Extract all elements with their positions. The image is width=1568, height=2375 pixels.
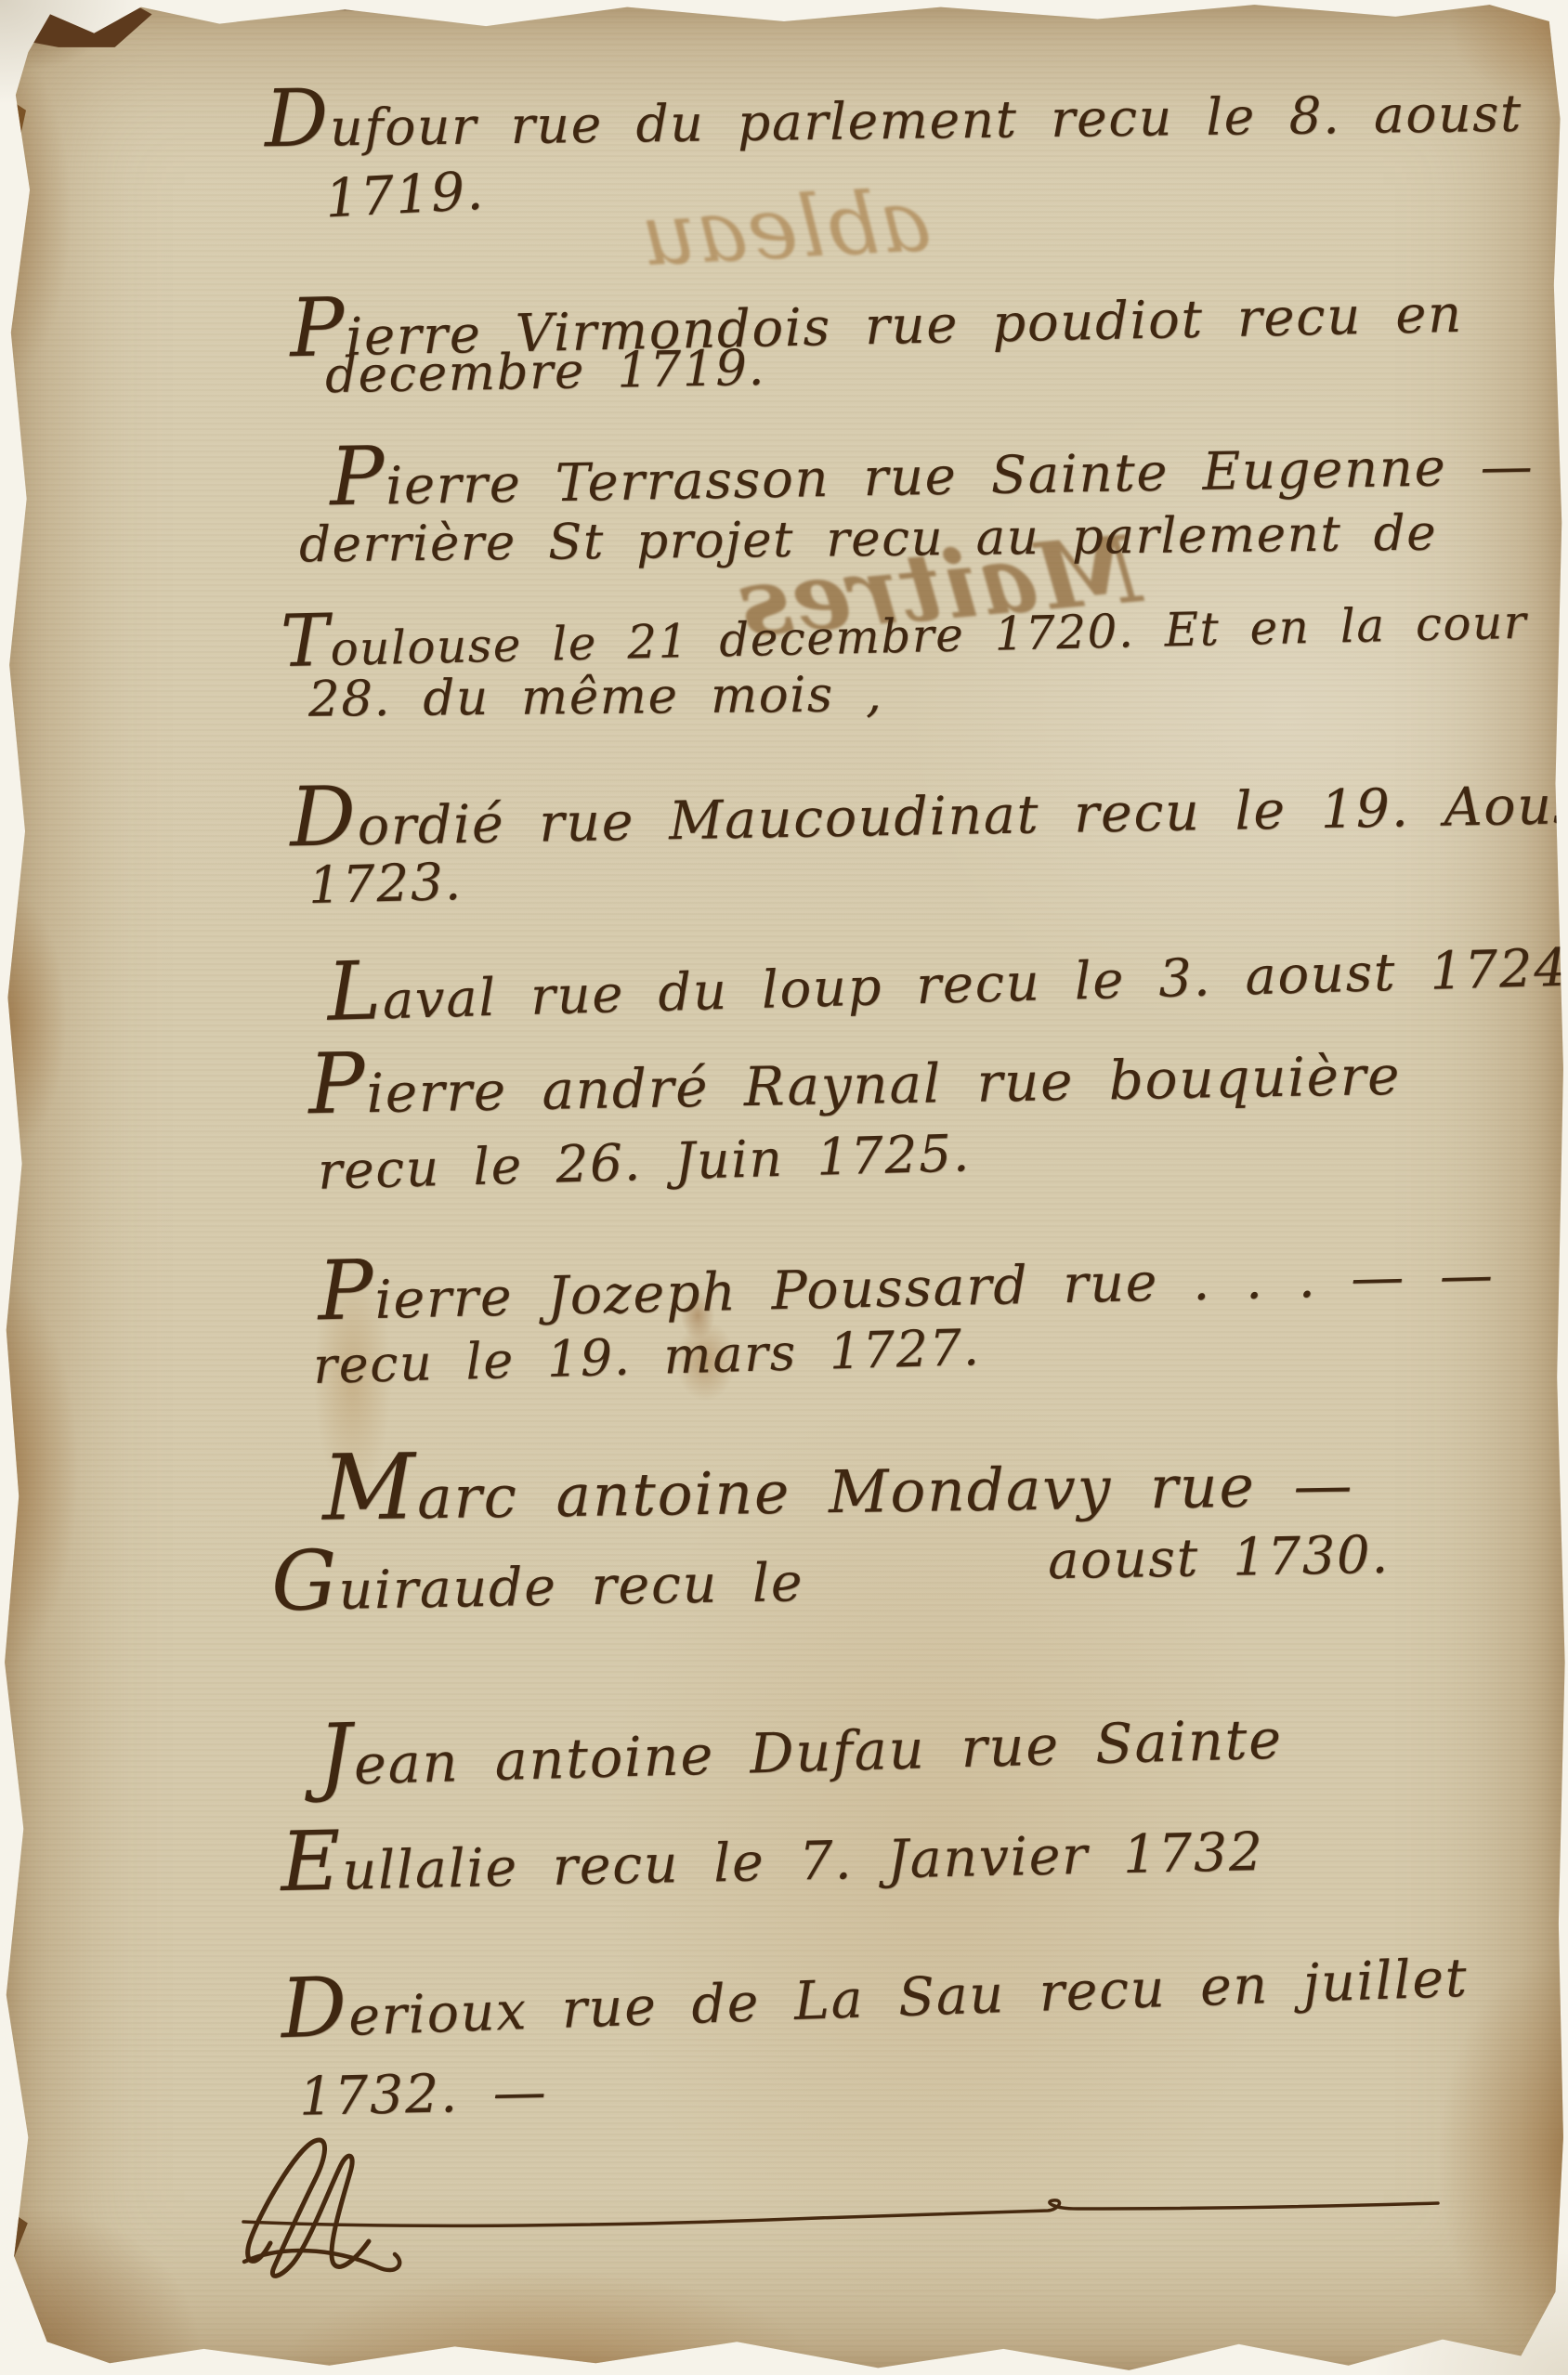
torn-edge-fragment	[0, 89, 26, 266]
entry-line: decembre 1719.	[325, 344, 766, 400]
entry-line: Marc antoine Mondavy rue —	[321, 1429, 1353, 1534]
entry-line: Eullalie recu le 7. Janvier 1732	[280, 1801, 1264, 1903]
bleedthrough-text: ableau	[638, 171, 933, 285]
entry-line: Dordié rue Maucoudinat recu le 19. Aoust	[289, 754, 1568, 859]
entry-line: Jean antoine Dufau rue Sainte	[317, 1687, 1284, 1798]
entry-line: 1719.	[324, 165, 486, 227]
entry-line: Dufour rue du parlement recu le 8. aoust	[265, 65, 1523, 160]
torn-edge-fragment	[0, 2199, 32, 2357]
flourish-rule-line	[242, 2194, 1440, 2231]
entry-line: 1723.	[307, 856, 463, 911]
entry-line: Laval rue du loup recu le 3. aoust 1724.	[326, 918, 1568, 1034]
entry-line: Pierre Terrasson rue Sainte Eugenne —	[329, 417, 1535, 518]
entry-line: derrière St projet recu au parlement de	[299, 509, 1438, 570]
entry-line: 1732. —	[298, 2066, 548, 2124]
scanned-manuscript: ableau Maitres Dufour rue du parlement r…	[0, 0, 1568, 2375]
entry-line: recu le 19. mars 1727.	[312, 1323, 981, 1391]
entry-line: Guiraude recu le	[270, 1532, 804, 1623]
torn-edge-shadow	[262, 0, 541, 12]
entry-line: Toulouse le 21 decembre 1720. Et en la c…	[280, 577, 1568, 679]
entry-line: aoust 1730.	[1048, 1530, 1391, 1587]
entry-line: recu le 26. Juin 1725.	[317, 1128, 971, 1197]
entry-line: Pierre Jozeph Poussard rue . . . — —	[317, 1224, 1495, 1333]
entry-line: Derioux rue de La Sau recu en juillet	[280, 1927, 1470, 2051]
manuscript-page: ableau Maitres Dufour rue du parlement r…	[0, 0, 1568, 2375]
entry-line: Pierre andré Raynal rue bouquière	[307, 1025, 1401, 1128]
entry-line: 28. du même mois ,	[308, 670, 883, 724]
torn-edge-fragment	[9, 0, 156, 62]
